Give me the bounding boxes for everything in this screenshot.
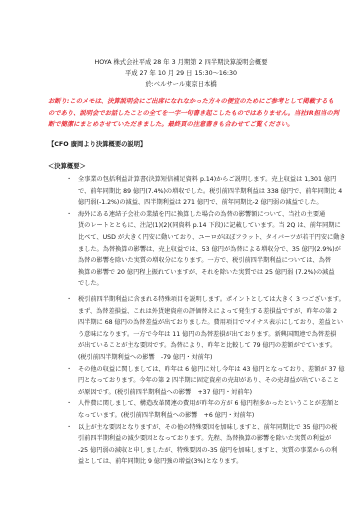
text-line: 換算の影響で 20 億円程上振れていますが、それを除いた実質では 25 億円弱 … [78, 267, 322, 279]
text-line: でした。 [78, 278, 322, 290]
text-line: -25 億円弱の減収と申しましたが、特殊要因の-35 億円を加味しますと、実質の… [78, 445, 322, 457]
text-line: まず、為替差損益、これは外貨建資産の評価替えによって発生する差損益ですが、昨年の… [78, 306, 322, 318]
text-line: その他の収益に関しましては、昨年は 6 億円に対し今年は 43 億円となっており… [78, 364, 322, 376]
text-line: で、前年同期比 89 億円(7.4%)の増収でした。税引前四半期利益は 338 … [78, 186, 322, 198]
list-item: ・ 以上が主な要因となりますが、その他の特殊要因を加味しますと、前年同期比で 3… [66, 422, 322, 468]
text-line: 貨のレートとともに、注記(1)(2)(同資料 p.14 下段)に記載しています。… [78, 220, 322, 232]
text-line: 海外にある連結子会社の業績を円に換算した場合の為替の影響額について、当社の主要通 [78, 209, 322, 221]
list-item: ・ その他の収益に関しましては、昨年は 6 億円に対し今年は 43 億円となって… [66, 364, 322, 399]
list-item: ・ 全事業の包括利益計算書(決算短信補足資料 p.14)からご説明します。売上収… [66, 174, 322, 209]
text-line: が原因です。(税引前四半期利益への影響 +37 億円・対前年) [78, 387, 322, 399]
text-line: 税引前四半期利益に含まれる特殊項目を説明します。ポイントとしては大きく 3 つご… [78, 294, 322, 306]
list-item: ・ 海外にある連結子会社の業績を円に換算した場合の為替の影響額について、当社の主… [66, 209, 322, 290]
section-title: 【CFO 廣岡より決算概要の説明】 [48, 139, 146, 148]
disclaimer-line: のであり、説明会でお話したことの全てを一字一句書き起こしたものではありません。当… [48, 108, 320, 120]
text-line: 以上が主な要因となりますが、その他の特殊要因を加味しますと、前年同期比で 35 … [78, 422, 322, 434]
list-item: ・ 人件費に関しまして、構造改革関連の費用が昨年の方が 6 億円程多かったという… [66, 398, 322, 421]
disclaimer-notice: お断り:このメモは、決算説明会にご出席になれなかった方々の便宜のためにご参考とし… [48, 96, 320, 131]
bullet-list-special-items: ・ 税引前四半期利益に含まれる特殊項目を説明します。ポイントとしては大きく 3 … [66, 294, 322, 468]
document-title: HOYA 株式会社平成 28 年 3 月期第 2 四半期決算説明会概要 [0, 57, 362, 68]
text-line: 為替の影響を除いた実質の増収分になります。一方で、税引前四半期利益については、為… [78, 255, 322, 267]
document-header: HOYA 株式会社平成 28 年 3 月期第 2 四半期決算説明会概要 平成 2… [0, 57, 362, 90]
text-line: なっています。(税引前四半期利益への影響 +6 億円・対前年) [78, 410, 322, 422]
text-line: 全事業の包括利益計算書(決算短信補足資料 p.14)からご説明します。売上収益は… [78, 174, 322, 186]
subsection-title: ＜決算概要＞ [48, 161, 86, 170]
text-line: 円となっております。今年の第 2 四半期に固定資産の売却があり、その売却益が出て… [78, 375, 322, 387]
disclaimer-line: 断で簡潔にまとめさせていただきました。最終頁の注意書きも合わせてご覧ください。 [48, 119, 320, 131]
list-item: ・ 税引前四半期利益に含まれる特殊項目を説明します。ポイントとしては大きく 3 … [66, 294, 322, 364]
text-line: 人件費に関しまして、構造改革関連の費用が昨年の方が 6 億円程多かったということ… [78, 398, 322, 410]
bullet-icon: ・ [66, 364, 72, 376]
bullet-icon: ・ [66, 209, 72, 221]
bullet-icon: ・ [66, 174, 72, 186]
text-line: う意味になります。一方で今年は 11 億円の為替差損が出ております。新興国関連で… [78, 329, 322, 341]
text-line: 億円弱(-1.2%)の減益、四半期利益は 271 億円で、前年同期比-2 億円弱… [78, 197, 322, 209]
bullet-icon: ・ [66, 398, 72, 410]
meeting-datetime: 平成 27 年 10 月 29 日 15:30～16:30 [0, 68, 362, 79]
meeting-venue: 於:ベルサール東京日本橋 [0, 79, 362, 90]
text-line: 益としては、前年同期比 9 億円強の増益(3%)となります。 [78, 456, 322, 468]
bullet-icon: ・ [66, 422, 72, 434]
disclaimer-line: お断り:このメモは、決算説明会にご出席になれなかった方々の便宜のためにご参考とし… [48, 96, 320, 108]
bullet-icon: ・ [66, 294, 72, 306]
bullet-list-overview: ・ 全事業の包括利益計算書(決算短信補足資料 p.14)からご説明します。売上収… [66, 174, 322, 290]
text-line: (税引前四半期利益への影響 -79 億円・対前年) [78, 352, 322, 364]
text-line: が出ていることが主な要因です。為替により、昨年と比較して 79 億円の差額がでて… [78, 340, 322, 352]
text-line: 引前四半期利益の減少要因となっております。先程、為替換算の影響を除いた実質の利益… [78, 433, 322, 445]
text-line: 比べて、USD が大きく円安に動いており、ユーロがほぼフラット、タイバーツが若干… [78, 232, 322, 244]
text-line: 四半期に 68 億円の為替差益が出ておりました。費用項目でマイナス表示にしており… [78, 317, 322, 329]
text-line: ました。為替換算の影響は、売上収益では、53 億円が為替による増収分で、35 億… [78, 244, 322, 256]
document-page: HOYA 株式会社平成 28 年 3 月期第 2 四半期決算説明会概要 平成 2… [0, 0, 362, 512]
